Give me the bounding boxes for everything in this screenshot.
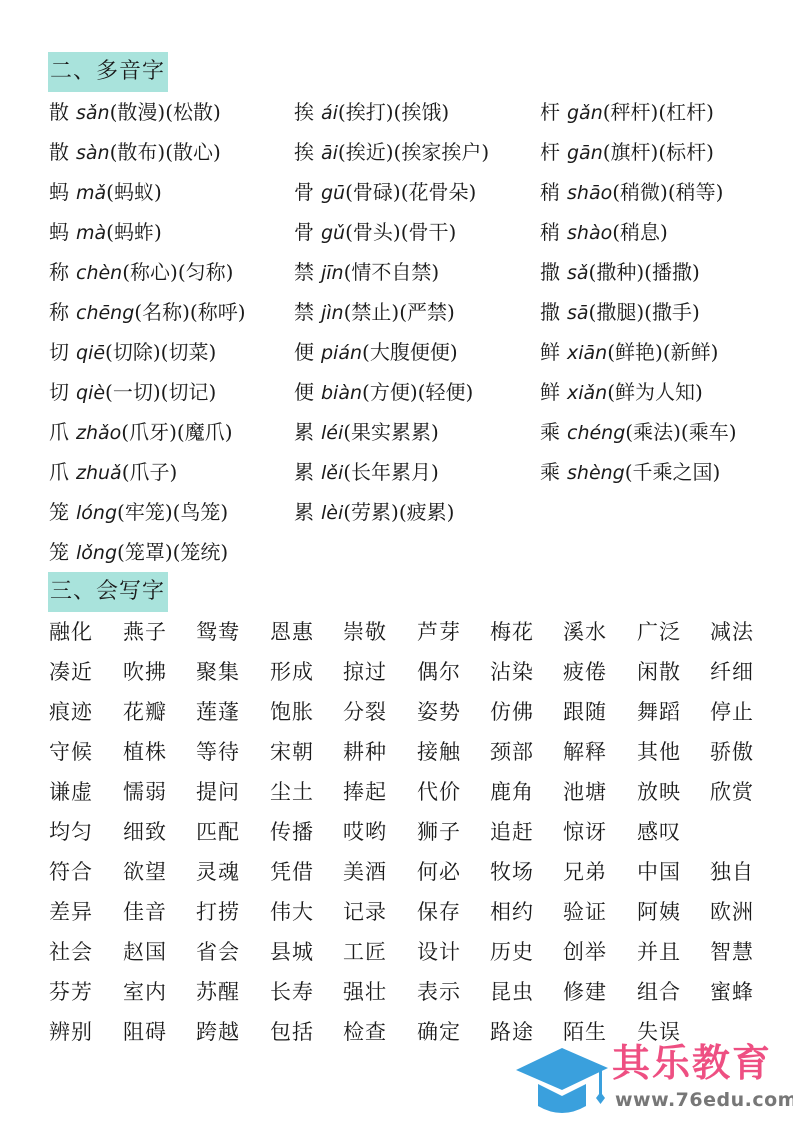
polyphone-character: 笼 (49, 500, 69, 524)
writing-word: 燕子 (123, 612, 167, 652)
writing-word: 包括 (270, 1012, 314, 1052)
writing-word: 鸳鸯 (196, 612, 240, 652)
polyphone-row: 蚂mà(蚂蚱)骨gǔ(骨头)(骨干)稍shào(稍息) (49, 212, 789, 252)
writing-word: 骄傲 (710, 732, 754, 772)
polyphone-list: 散sǎn(散漫)(松散)挨ái(挨打)(挨饿)杆gǎn(秤杆)(杠杆)散sàn(… (49, 92, 789, 572)
polyphone-character: 鲜 (540, 340, 560, 364)
writing-word: 美酒 (343, 852, 387, 892)
writing-word: 懦弱 (123, 772, 167, 812)
writing-row: 芬芳室内苏醒长寿强壮表示昆虫修建组合蜜蜂 (49, 972, 793, 1012)
writing-word: 耕种 (343, 732, 387, 772)
writing-word: 验证 (563, 892, 607, 932)
writing-word: 其他 (637, 732, 681, 772)
writing-word: 赵国 (123, 932, 167, 972)
polyphone-pinyin: gān (567, 142, 603, 164)
writing-row: 差异佳音打捞伟大记录保存相约验证阿姨欧洲 (49, 892, 793, 932)
writing-row: 凑近吹拂聚集形成掠过偶尔沾染疲倦闲散纤细 (49, 652, 793, 692)
polyphone-row: 爪zhǎo(爪牙)(魔爪)累léi(果实累累)乘chéng(乘法)(乘车) (49, 412, 789, 452)
writing-word: 闲散 (637, 652, 681, 692)
writing-word: 何必 (417, 852, 461, 892)
writing-word: 莲蓬 (196, 692, 240, 732)
writing-word: 姿势 (417, 692, 461, 732)
polyphone-pinyin: biàn (321, 382, 362, 404)
polyphone-character: 稍 (540, 220, 560, 244)
polyphone-pinyin: shào (567, 222, 612, 244)
polyphone-entry: 挨āi(挨近)(挨家挨户) (294, 132, 489, 172)
writing-word: 匹配 (196, 812, 240, 852)
writing-word: 偶尔 (417, 652, 461, 692)
writing-word: 欧洲 (710, 892, 754, 932)
writing-word: 掠过 (343, 652, 387, 692)
polyphone-entry: 撒sā(撒腿)(撒手) (540, 292, 700, 332)
polyphone-pinyin: zhuǎ (76, 462, 122, 484)
polyphone-example-words: (蚂蚱) (106, 220, 162, 244)
polyphone-character: 累 (294, 420, 314, 444)
writing-word: 保存 (417, 892, 461, 932)
writing-word: 室内 (123, 972, 167, 1012)
polyphone-character: 骨 (294, 220, 314, 244)
writing-word: 均匀 (49, 812, 93, 852)
writing-word: 放映 (637, 772, 681, 812)
polyphone-row: 笼lóng(牢笼)(鸟笼)累lèi(劳累)(疲累) (49, 492, 789, 532)
polyphone-example-words: (散布)(散心) (110, 140, 221, 164)
polyphone-entry: 骨gǔ(骨头)(骨干) (294, 212, 456, 252)
polyphone-entry: 骨gū(骨碌)(花骨朵) (294, 172, 476, 212)
writing-word: 中国 (637, 852, 681, 892)
polyphone-pinyin: léi (321, 422, 343, 444)
writing-word: 沾染 (490, 652, 534, 692)
polyphone-example-words: (挨打)(挨饿) (338, 100, 449, 124)
polyphone-character: 切 (49, 340, 69, 364)
polyphone-pinyin: chéng (567, 422, 625, 444)
polyphone-entry: 累lěi(长年累月) (294, 452, 439, 492)
writing-row: 守候植株等待宋朝耕种接触颈部解释其他骄傲 (49, 732, 793, 772)
polyphone-entry: 蚂mǎ(蚂蚁) (49, 172, 162, 212)
polyphone-example-words: (笼罩)(笼统) (117, 540, 228, 564)
polyphone-entry: 累lèi(劳累)(疲累) (294, 492, 454, 532)
writing-word: 传播 (270, 812, 314, 852)
writing-row: 痕迹花瓣莲蓬饱胀分裂姿势仿佛跟随舞蹈停止 (49, 692, 793, 732)
polyphone-pinyin: pián (321, 342, 362, 364)
writing-word: 花瓣 (123, 692, 167, 732)
polyphone-pinyin: qiē (76, 342, 105, 364)
writing-word: 停止 (710, 692, 754, 732)
writing-row: 均匀细致匹配传播哎哟狮子追赶惊讶感叹 (49, 812, 793, 852)
writing-word: 解释 (563, 732, 607, 772)
writing-word: 捧起 (343, 772, 387, 812)
polyphone-example-words: (爪牙)(魔爪) (121, 420, 232, 444)
polyphone-example-words: (骨头)(骨干) (345, 220, 456, 244)
polyphone-example-words: (秤杆)(杠杆) (603, 100, 714, 124)
polyphone-character: 杆 (540, 140, 560, 164)
polyphone-entry: 鲜xiān(鲜艳)(新鲜) (540, 332, 718, 372)
polyphone-entry: 累léi(果实累累) (294, 412, 439, 452)
writing-word: 打捞 (196, 892, 240, 932)
writing-word: 凭借 (270, 852, 314, 892)
writing-word: 创举 (563, 932, 607, 972)
writing-word: 修建 (563, 972, 607, 1012)
writing-word: 阿姨 (637, 892, 681, 932)
polyphone-character: 杆 (540, 100, 560, 124)
polyphone-character: 散 (49, 140, 69, 164)
polyphone-pinyin: sǎn (76, 102, 110, 124)
polyphone-pinyin: āi (321, 142, 338, 164)
polyphone-example-words: (挨近)(挨家挨户) (338, 140, 489, 164)
writing-row: 融化燕子鸳鸯恩惠崇敬芦芽梅花溪水广泛减法 (49, 612, 793, 652)
polyphone-example-words: (撒腿)(撒手) (589, 300, 700, 324)
writing-word: 守候 (49, 732, 93, 772)
polyphone-pinyin: xiǎn (567, 382, 607, 404)
polyphone-example-words: (乘法)(乘车) (625, 420, 736, 444)
polyphone-example-words: (大腹便便) (362, 340, 458, 364)
polyphone-character: 爪 (49, 420, 69, 444)
polyphone-pinyin: lèi (321, 502, 343, 524)
writing-word: 疲倦 (563, 652, 607, 692)
polyphone-example-words: (名称)(称呼) (134, 300, 245, 324)
watermark-brand: 其乐教育 (612, 1040, 772, 1086)
writing-word: 梅花 (490, 612, 534, 652)
writing-word: 减法 (710, 612, 754, 652)
writing-word: 阻碍 (123, 1012, 167, 1052)
polyphone-entry: 乘chéng(乘法)(乘车) (540, 412, 737, 452)
writing-word: 鹿角 (490, 772, 534, 812)
writing-row: 社会赵国省会县城工匠设计历史创举并且智慧 (49, 932, 793, 972)
writing-word: 痕迹 (49, 692, 93, 732)
writing-word: 省会 (196, 932, 240, 972)
polyphone-entry: 爪zhǎo(爪牙)(魔爪) (49, 412, 233, 452)
writing-word: 牧场 (490, 852, 534, 892)
writing-word: 灵魂 (196, 852, 240, 892)
polyphone-character: 稍 (540, 180, 560, 204)
polyphone-example-words: (骨碌)(花骨朵) (345, 180, 476, 204)
polyphone-row: 爪zhuǎ(爪子)累lěi(长年累月)乘shèng(千乘之国) (49, 452, 789, 492)
writing-word: 并且 (637, 932, 681, 972)
writing-word: 兄弟 (563, 852, 607, 892)
writing-word: 县城 (270, 932, 314, 972)
polyphone-row: 蚂mǎ(蚂蚁)骨gū(骨碌)(花骨朵)稍shāo(稍微)(稍等) (49, 172, 789, 212)
polyphone-entry: 称chēng(名称)(称呼) (49, 292, 246, 332)
writing-word: 跟随 (563, 692, 607, 732)
polyphone-example-words: (劳累)(疲累) (343, 500, 454, 524)
writing-word: 符合 (49, 852, 93, 892)
polyphone-example-words: (鲜艳)(新鲜) (607, 340, 718, 364)
watermark-url: www.76edu.com (615, 1088, 793, 1112)
writing-word: 佳音 (123, 892, 167, 932)
polyphone-pinyin: shāo (567, 182, 612, 204)
polyphone-row: 称chēng(名称)(称呼)禁jìn(禁止)(严禁)撒sā(撒腿)(撒手) (49, 292, 789, 332)
polyphone-pinyin: lěi (321, 462, 343, 484)
writing-word: 形成 (270, 652, 314, 692)
polyphone-example-words: (稍息) (612, 220, 668, 244)
polyphone-entry: 禁jīn(情不自禁) (294, 252, 439, 292)
writing-word: 惊讶 (563, 812, 607, 852)
writing-row: 符合欲望灵魂凭借美酒何必牧场兄弟中国独自 (49, 852, 793, 892)
polyphone-entry: 切qiē(切除)(切菜) (49, 332, 216, 372)
polyphone-row: 散sàn(散布)(散心)挨āi(挨近)(挨家挨户)杆gān(旗杆)(标杆) (49, 132, 789, 172)
polyphone-character: 切 (49, 380, 69, 404)
polyphone-character: 乘 (540, 460, 560, 484)
writing-word: 吹拂 (123, 652, 167, 692)
polyphone-entry: 笼lǒng(笼罩)(笼统) (49, 532, 228, 572)
writing-word: 蜜蜂 (710, 972, 754, 1012)
writing-word: 植株 (123, 732, 167, 772)
polyphone-entry: 蚂mà(蚂蚱) (49, 212, 162, 252)
polyphone-character: 禁 (294, 260, 314, 284)
writing-word: 设计 (417, 932, 461, 972)
polyphone-example-words: (鲜为人知) (607, 380, 703, 404)
polyphone-character: 撒 (540, 260, 560, 284)
polyphone-row: 笼lǒng(笼罩)(笼统) (49, 532, 789, 572)
polyphone-section-heading: 二、多音字 (48, 52, 168, 92)
polyphone-character: 累 (294, 460, 314, 484)
writing-word: 欲望 (123, 852, 167, 892)
polyphone-example-words: (切除)(切菜) (105, 340, 216, 364)
polyphone-character: 蚂 (49, 220, 69, 244)
polyphone-pinyin: sàn (76, 142, 110, 164)
polyphone-row: 称chèn(称心)(匀称)禁jīn(情不自禁)撒sǎ(撒种)(播撒) (49, 252, 789, 292)
writing-word: 组合 (637, 972, 681, 1012)
writing-word: 芬芳 (49, 972, 93, 1012)
polyphone-example-words: (长年累月) (343, 460, 439, 484)
writing-word: 辨别 (49, 1012, 93, 1052)
polyphone-pinyin: gū (321, 182, 345, 204)
writing-word: 检查 (343, 1012, 387, 1052)
writing-word: 哎哟 (343, 812, 387, 852)
polyphone-pinyin: lǒng (76, 542, 117, 564)
polyphone-character: 散 (49, 100, 69, 124)
polyphone-example-words: (撒种)(播撒) (589, 260, 700, 284)
polyphone-character: 便 (294, 340, 314, 364)
writing-word: 池塘 (563, 772, 607, 812)
polyphone-character: 骨 (294, 180, 314, 204)
polyphone-pinyin: chèn (76, 262, 122, 284)
graduation-cap-icon (512, 1044, 612, 1120)
writing-word: 崇敬 (343, 612, 387, 652)
writing-word: 饱胀 (270, 692, 314, 732)
writing-word: 仿佛 (490, 692, 534, 732)
polyphone-pinyin: qiè (76, 382, 105, 404)
polyphone-example-words: (方便)(轻便) (362, 380, 473, 404)
writing-word: 感叹 (637, 812, 681, 852)
writing-word: 表示 (417, 972, 461, 1012)
polyphone-character: 挨 (294, 100, 314, 124)
polyphone-character: 鲜 (540, 380, 560, 404)
polyphone-row: 散sǎn(散漫)(松散)挨ái(挨打)(挨饿)杆gǎn(秤杆)(杠杆) (49, 92, 789, 132)
writing-word: 狮子 (417, 812, 461, 852)
polyphone-character: 挨 (294, 140, 314, 164)
writing-word: 芦芽 (417, 612, 461, 652)
writing-word: 等待 (196, 732, 240, 772)
writing-word: 代价 (417, 772, 461, 812)
polyphone-example-words: (稍微)(稍等) (612, 180, 723, 204)
polyphone-example-words: (蚂蚁) (106, 180, 162, 204)
writing-word: 分裂 (343, 692, 387, 732)
polyphone-entry: 杆gān(旗杆)(标杆) (540, 132, 714, 172)
polyphone-character: 乘 (540, 420, 560, 444)
polyphone-character: 累 (294, 500, 314, 524)
writing-word: 溪水 (563, 612, 607, 652)
polyphone-example-words: (一切)(切记) (105, 380, 216, 404)
writing-word: 历史 (490, 932, 534, 972)
polyphone-entry: 鲜xiǎn(鲜为人知) (540, 372, 703, 412)
polyphone-row: 切qiè(一切)(切记)便biàn(方便)(轻便)鲜xiǎn(鲜为人知) (49, 372, 789, 412)
polyphone-character: 禁 (294, 300, 314, 324)
polyphone-entry: 切qiè(一切)(切记) (49, 372, 216, 412)
writing-word: 长寿 (270, 972, 314, 1012)
writing-word: 工匠 (343, 932, 387, 972)
polyphone-entry: 稍shāo(稍微)(稍等) (540, 172, 723, 212)
polyphone-character: 称 (49, 300, 69, 324)
writing-word: 昆虫 (490, 972, 534, 1012)
polyphone-pinyin: shèng (567, 462, 625, 484)
writing-word: 尘土 (270, 772, 314, 812)
writing-word: 苏醒 (196, 972, 240, 1012)
writing-word: 广泛 (637, 612, 681, 652)
polyphone-character: 蚂 (49, 180, 69, 204)
polyphone-pinyin: chēng (76, 302, 134, 324)
polyphone-entry: 杆gǎn(秤杆)(杠杆) (540, 92, 714, 132)
polyphone-pinyin: gǎn (567, 102, 603, 124)
writing-word: 纤细 (710, 652, 754, 692)
polyphone-pinyin: jīn (321, 262, 344, 284)
polyphone-example-words: (千乘之国) (625, 460, 721, 484)
watermark-logo: 其乐教育 www.76edu.com (512, 1040, 793, 1122)
polyphone-entry: 乘shèng(千乘之国) (540, 452, 720, 492)
polyphone-entry: 撒sǎ(撒种)(播撒) (540, 252, 700, 292)
polyphone-pinyin: xiān (567, 342, 607, 364)
writing-row: 谦虚懦弱提问尘土捧起代价鹿角池塘放映欣赏 (49, 772, 793, 812)
polyphone-entry: 稍shào(稍息) (540, 212, 668, 252)
polyphone-character: 笼 (49, 540, 69, 564)
writing-word: 提问 (196, 772, 240, 812)
polyphone-character: 便 (294, 380, 314, 404)
polyphone-pinyin: mà (76, 222, 106, 244)
polyphone-entry: 散sǎn(散漫)(松散) (49, 92, 221, 132)
polyphone-entry: 称chèn(称心)(匀称) (49, 252, 233, 292)
polyphone-pinyin: zhǎo (76, 422, 121, 444)
writing-word: 接触 (417, 732, 461, 772)
polyphone-character: 爪 (49, 460, 69, 484)
writing-section-heading: 三、会写字 (48, 572, 168, 612)
writing-word: 宋朝 (270, 732, 314, 772)
writing-word: 智慧 (710, 932, 754, 972)
polyphone-pinyin: lóng (76, 502, 117, 524)
polyphone-example-words: (牢笼)(鸟笼) (117, 500, 228, 524)
polyphone-example-words: (果实累累) (343, 420, 439, 444)
writing-word: 凑近 (49, 652, 93, 692)
writing-word: 聚集 (196, 652, 240, 692)
polyphone-pinyin: gǔ (321, 222, 345, 244)
polyphone-example-words: (禁止)(严禁) (344, 300, 455, 324)
polyphone-example-words: (散漫)(松散) (110, 100, 221, 124)
writing-word: 融化 (49, 612, 93, 652)
polyphone-entry: 挨ái(挨打)(挨饿) (294, 92, 449, 132)
polyphone-entry: 爪zhuǎ(爪子) (49, 452, 177, 492)
polyphone-entry: 散sàn(散布)(散心) (49, 132, 221, 172)
polyphone-entry: 便biàn(方便)(轻便) (294, 372, 473, 412)
writing-word: 细致 (123, 812, 167, 852)
writing-word: 欣赏 (710, 772, 754, 812)
polyphone-pinyin: jìn (321, 302, 344, 324)
polyphone-example-words: (爪子) (122, 460, 178, 484)
polyphone-entry: 便pián(大腹便便) (294, 332, 458, 372)
writing-word: 强壮 (343, 972, 387, 1012)
polyphone-example-words: (情不自禁) (344, 260, 440, 284)
polyphone-character: 称 (49, 260, 69, 284)
writing-word: 记录 (343, 892, 387, 932)
writing-word: 舞蹈 (637, 692, 681, 732)
polyphone-example-words: (称心)(匀称) (122, 260, 233, 284)
writing-word: 社会 (49, 932, 93, 972)
polyphone-entry: 禁jìn(禁止)(严禁) (294, 292, 455, 332)
polyphone-pinyin: sā (567, 302, 589, 324)
writing-word: 相约 (490, 892, 534, 932)
writing-word: 差异 (49, 892, 93, 932)
polyphone-entry: 笼lóng(牢笼)(鸟笼) (49, 492, 228, 532)
writing-word: 跨越 (196, 1012, 240, 1052)
writing-word: 颈部 (490, 732, 534, 772)
writing-word: 恩惠 (270, 612, 314, 652)
polyphone-pinyin: ái (321, 102, 338, 124)
writing-word-list: 融化燕子鸳鸯恩惠崇敬芦芽梅花溪水广泛减法凑近吹拂聚集形成掠过偶尔沾染疲倦闲散纤细… (49, 612, 793, 1052)
polyphone-pinyin: mǎ (76, 182, 106, 204)
polyphone-example-words: (旗杆)(标杆) (603, 140, 714, 164)
polyphone-character: 撒 (540, 300, 560, 324)
polyphone-row: 切qiē(切除)(切菜)便pián(大腹便便)鲜xiān(鲜艳)(新鲜) (49, 332, 789, 372)
polyphone-pinyin: sǎ (567, 262, 589, 284)
writing-word: 追赶 (490, 812, 534, 852)
writing-word: 伟大 (270, 892, 314, 932)
writing-word: 确定 (417, 1012, 461, 1052)
writing-word: 谦虚 (49, 772, 93, 812)
writing-word: 独自 (710, 852, 754, 892)
